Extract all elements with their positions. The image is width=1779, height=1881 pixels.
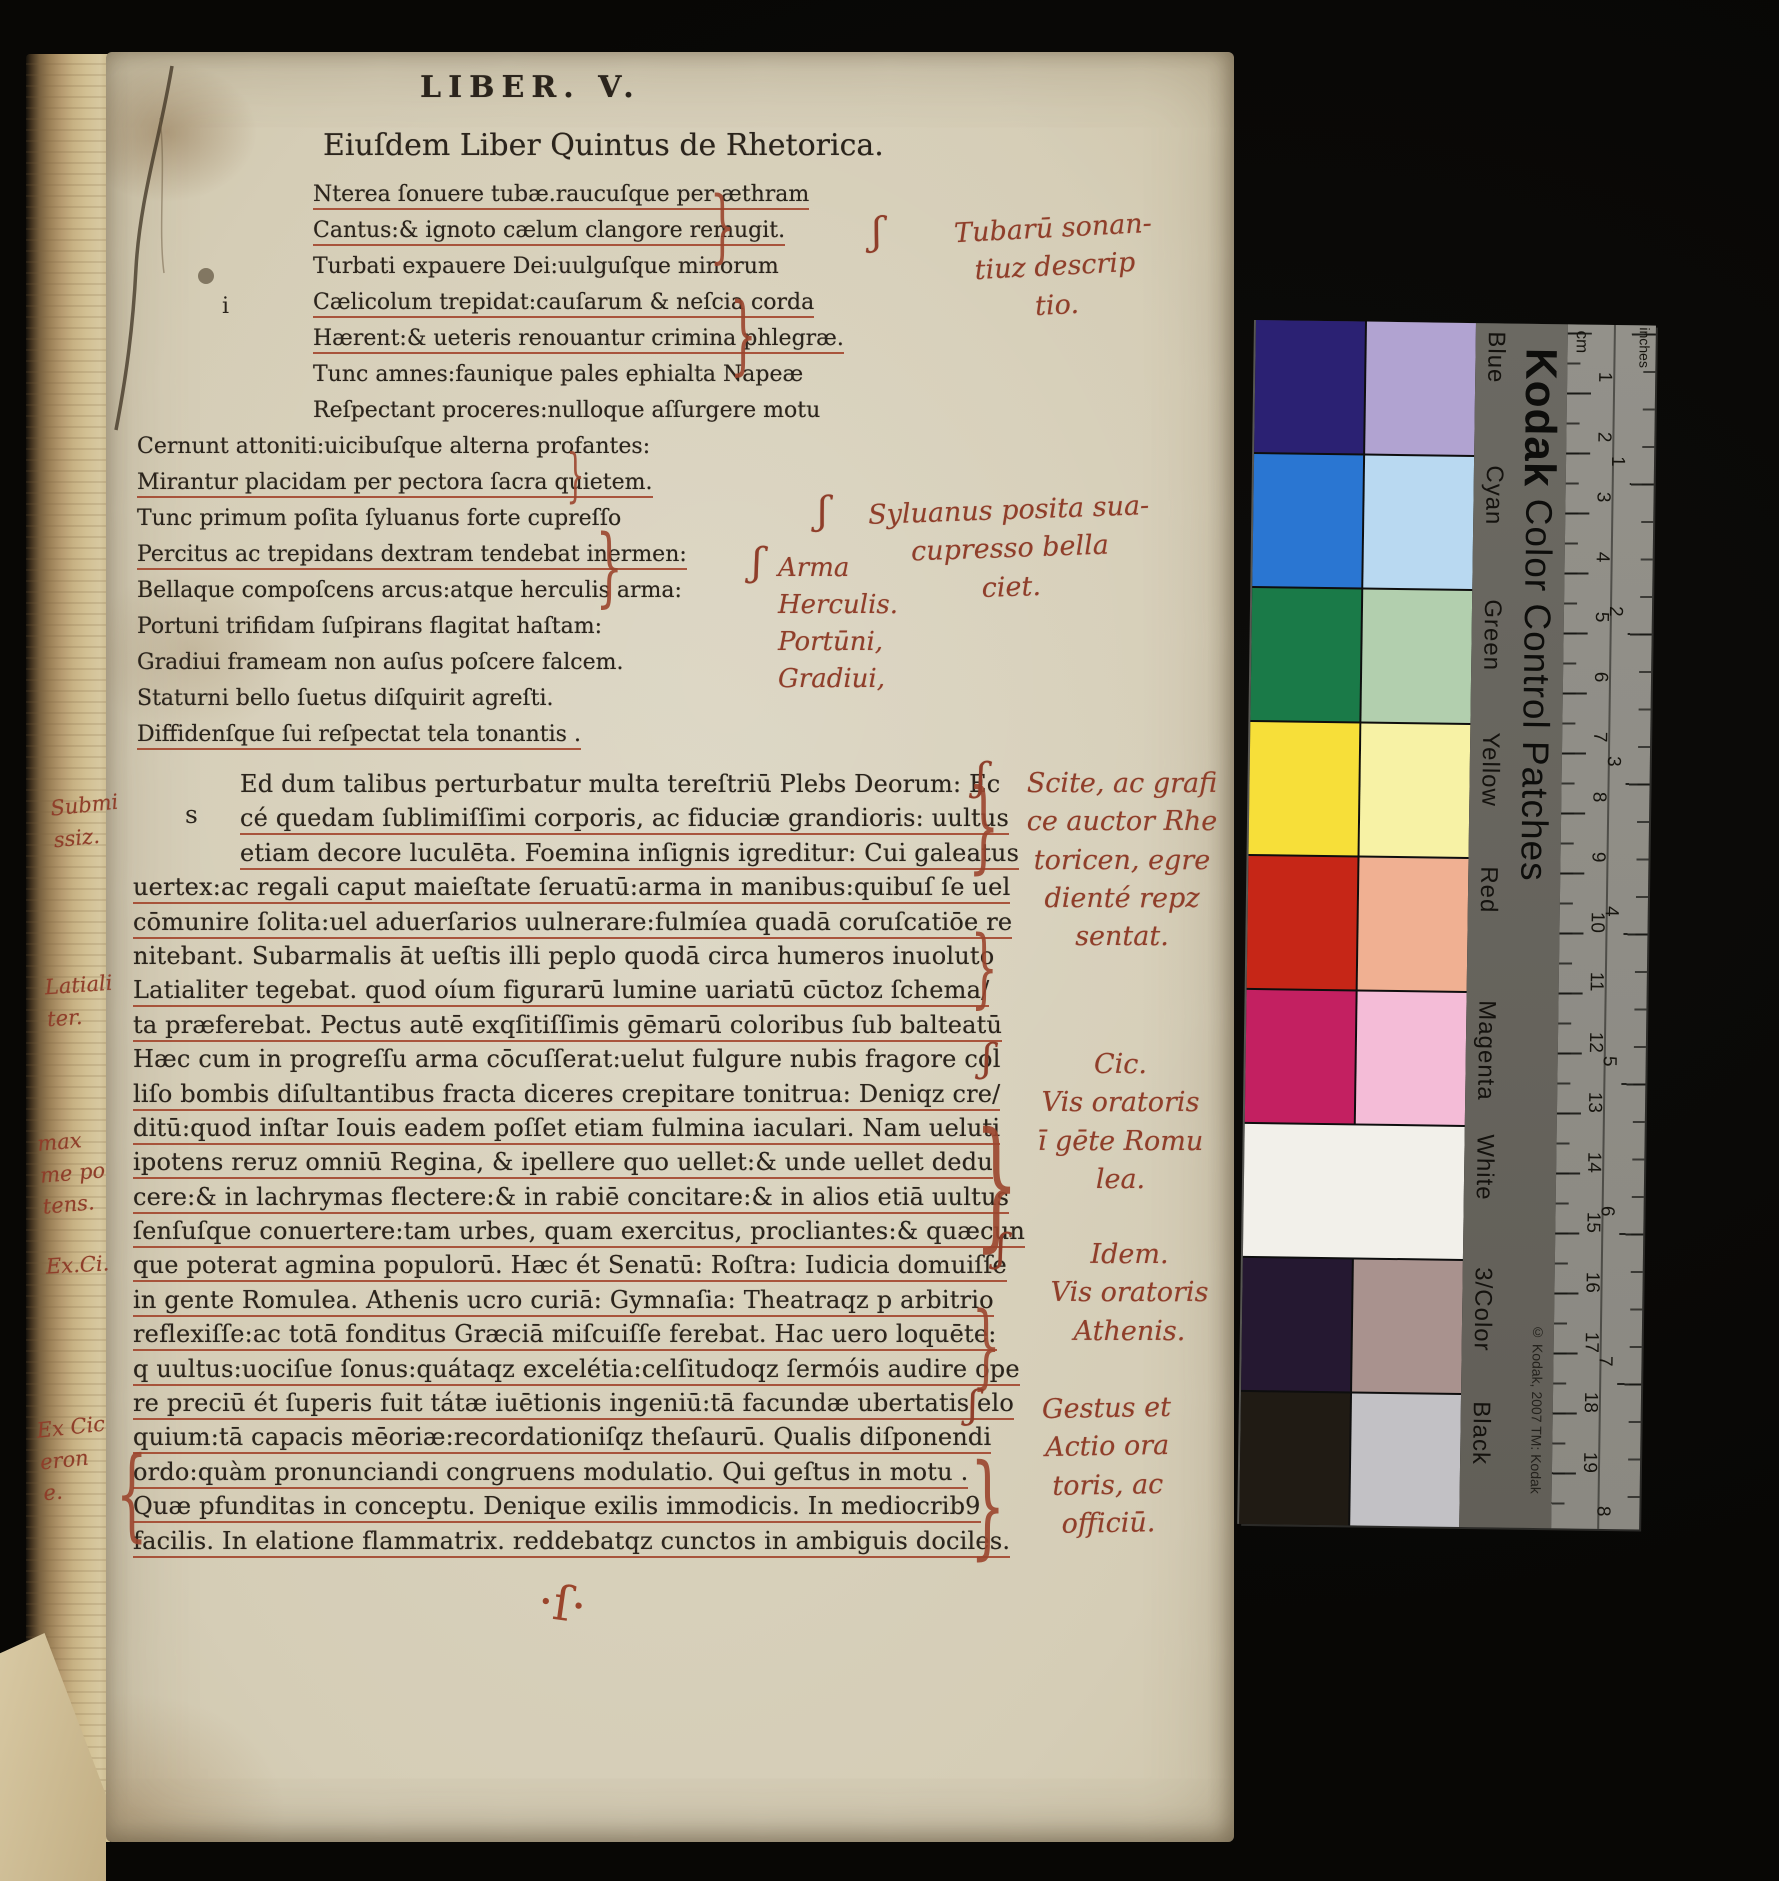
verse-line: Gradiui frameam non auſus poſcere falcem… bbox=[137, 650, 844, 686]
color-swatch-row bbox=[1252, 454, 1474, 591]
verse-line: Cernunt attoniti:uicibuſque alterna prof… bbox=[137, 434, 844, 470]
annotation-line: me po bbox=[39, 1155, 107, 1192]
color-swatch-tint bbox=[1352, 1259, 1463, 1393]
verse-line: Portuni trifidam ſuſpirans flagitat haſt… bbox=[137, 614, 844, 650]
ruler-inch-number: 2 bbox=[1604, 489, 1628, 639]
book-heading: LIBER. V. bbox=[420, 70, 641, 105]
ruler-inch-number: 1 bbox=[1606, 339, 1630, 489]
swatch-label: Black bbox=[1461, 1393, 1495, 1527]
verse-line: Nterea ſonuere tubæ.raucuſque per æthram bbox=[313, 182, 844, 218]
ruler-inch-number: 8 bbox=[1591, 1389, 1615, 1539]
prose-line: etiam decore luculēta. Foemina inſignis … bbox=[240, 839, 1003, 873]
verse-block: Nterea ſonuere tubæ.raucuſque per æthram… bbox=[137, 182, 844, 758]
prose-line: in gente Romulea. Athenis ucro curiā: Gy… bbox=[133, 1286, 1003, 1320]
annotation-line: Ex.Ci. bbox=[45, 1248, 110, 1283]
ruler-inch-number: 5 bbox=[1597, 939, 1621, 1089]
annotation-line: ī gēte Romu bbox=[1008, 1123, 1233, 1161]
color-swatch-tint bbox=[1361, 590, 1472, 724]
annotation-line: lea. bbox=[1008, 1161, 1233, 1199]
annotation-latialiter: Latialiter. bbox=[44, 968, 116, 1036]
annotation-submissi: Submissiz. bbox=[49, 787, 123, 857]
verse-line: Diffidenſque ſui reſpectat tela tonantis… bbox=[137, 722, 844, 758]
ink-check-mark: ʃ bbox=[982, 1032, 992, 1086]
annotation-line: Herculis. bbox=[778, 587, 948, 624]
prose-line: Ed dum talibus perturbatur multa tereſtr… bbox=[240, 770, 1003, 804]
prose-block: Ed dum talibus perturbatur multa tereſtr… bbox=[133, 770, 1003, 1561]
red-brace-mark: } bbox=[566, 446, 584, 504]
red-brace-mark: } bbox=[596, 524, 623, 610]
annotation-line: Arma bbox=[778, 550, 948, 587]
annotation-arma: ʃ ArmaHerculis.Portūni,Gradiui, bbox=[778, 550, 948, 698]
swatch-label: Green bbox=[1472, 591, 1506, 725]
annotation-line: Actio ora bbox=[994, 1426, 1220, 1468]
prose-line: q uultus:uociſue ſonus:quátaqz excelétia… bbox=[133, 1355, 1003, 1389]
prose-line: Latialiter tegebat. quod oíum figurarū l… bbox=[133, 976, 1003, 1010]
swatch-label: 3/Color bbox=[1463, 1259, 1497, 1393]
verse-line: Percitus ac trepidans dextram tendebat i… bbox=[137, 542, 844, 578]
prose-line: quium:tā capacis mēoriæ:recordationiſqz … bbox=[133, 1423, 1003, 1457]
prose-line: facilis. In elatione flammatrix. reddeba… bbox=[133, 1527, 1003, 1561]
annotation-line: Athenis. bbox=[1022, 1313, 1237, 1351]
ruler-inch-number: 4 bbox=[1599, 789, 1623, 939]
swatch-label: Magenta bbox=[1467, 992, 1501, 1126]
annotation-line: dienté repz bbox=[1002, 880, 1242, 918]
red-brace-mark: } bbox=[730, 292, 757, 378]
annotation-line: Portūni, bbox=[778, 624, 948, 661]
swatch-label: Red bbox=[1469, 858, 1503, 992]
annotation-ex-cicerone: Ex Cicerone. bbox=[35, 1409, 113, 1510]
annotation-tubarum: ʃ Tubarū sonan-tiuz descriptio. bbox=[897, 202, 1213, 333]
annotation-line: Gestus et bbox=[994, 1388, 1220, 1430]
color-swatch-row bbox=[1239, 1392, 1461, 1527]
verse-line: Bellaque compoſcens arcus:atque herculis… bbox=[137, 578, 844, 614]
annotation-maxime-potens: maxme potens. bbox=[36, 1123, 109, 1223]
prose-line: ſenſuſque conuertere:tam urbes, quam exe… bbox=[133, 1217, 1003, 1251]
book-page-edges bbox=[26, 54, 110, 1842]
color-swatch-saturated bbox=[1254, 320, 1367, 454]
verse-line: Staturni bello ſuetus diſquirit agreſti. bbox=[137, 686, 844, 722]
prose-line: uertex:ac regali caput maieſtate ſeruatū… bbox=[133, 873, 1003, 907]
card-title: Kodak Color Control Patches bbox=[1508, 348, 1565, 882]
color-swatch-saturated bbox=[1247, 856, 1360, 990]
color-swatch-row bbox=[1245, 990, 1467, 1127]
card-ruler: cm inches 12345678910111213141516171819 … bbox=[1551, 324, 1656, 1529]
ruler-inches-label: inches bbox=[1636, 327, 1653, 368]
ink-check-mark: ʃ bbox=[967, 1378, 978, 1432]
prose-line: ditū:quod inſtar Iouis eadem poſſet etia… bbox=[133, 1114, 1003, 1148]
verse-line: Cantus:& ignoto cælum clangore remugit. bbox=[313, 218, 844, 254]
color-swatch-grid bbox=[1239, 320, 1476, 1527]
swatch-label: Cyan bbox=[1474, 457, 1508, 591]
prose-line: Hæc cum in progreſſu arma cōcuſſerat:uel… bbox=[133, 1045, 1003, 1079]
ink-check-mark: ʃ bbox=[976, 751, 986, 805]
color-swatch-tint bbox=[1350, 1393, 1461, 1527]
verse-line: Cælicolum trepidat:cauſarum & neſcia cor… bbox=[313, 290, 844, 326]
card-title-rest: Color Control Patches bbox=[1513, 487, 1560, 882]
prose-line: que poterat agmina populorū. Hæc ét Sena… bbox=[133, 1251, 1003, 1285]
annotation-line: sentat. bbox=[1002, 918, 1242, 956]
color-swatch-saturated bbox=[1250, 588, 1363, 722]
prose-line: nitebant. Subarmalis āt ueſtis illi pepl… bbox=[133, 942, 1003, 976]
color-swatch-saturated bbox=[1252, 454, 1365, 588]
chapter-heading: Eiuſdem Liber Quintus de Rhetorica. bbox=[323, 128, 884, 163]
annotation-line: Idem. bbox=[1022, 1236, 1237, 1274]
color-swatch-saturated bbox=[1239, 1392, 1352, 1526]
ruler-inch-number: 7 bbox=[1593, 1239, 1617, 1389]
color-swatch-tint bbox=[1363, 456, 1474, 590]
card-label-strip: BlueCyanGreenYellowRedMagentaWhite3/Colo… bbox=[1459, 323, 1568, 1528]
color-swatch-row bbox=[1250, 588, 1472, 725]
color-swatch-tint bbox=[1358, 857, 1469, 991]
ruler-inch-number: 3 bbox=[1601, 639, 1625, 789]
verse-line: Tunc primum poſita ſyluanus forte cupreſ… bbox=[137, 506, 844, 542]
ink-check-mark: ʃ bbox=[817, 484, 829, 538]
annotation-line: tens. bbox=[41, 1186, 109, 1223]
ink-check-mark: ʃ bbox=[752, 536, 762, 590]
annotation-line: Latiali bbox=[44, 968, 114, 1004]
annotation-scite: ʃ Scite, ac grafice auctor Rhetoricen, e… bbox=[1002, 765, 1242, 957]
verse-line: Turbati expauere Dei:uulguſque minorum bbox=[313, 254, 844, 290]
annotation-line: Vis oratoris bbox=[1022, 1274, 1237, 1312]
color-swatch-saturated bbox=[1241, 1258, 1354, 1392]
verse-line: Reſpectant proceres:nulloque aſſurgere m… bbox=[313, 398, 844, 434]
color-swatch-row bbox=[1254, 320, 1476, 457]
swatch-label: Blue bbox=[1476, 323, 1510, 457]
annotation-line: officiū. bbox=[996, 1503, 1222, 1545]
prose-line: re preciū ét ſuperis fuit tátæ iuētionis… bbox=[133, 1389, 1003, 1423]
annotation-line: toris, ac bbox=[995, 1465, 1221, 1507]
ruler-cm-label: cm bbox=[1572, 330, 1592, 353]
annotation-ex-cicerone-short: Ex.Ci. bbox=[45, 1248, 110, 1283]
swatch-label: White bbox=[1465, 1126, 1499, 1260]
color-swatch-row bbox=[1241, 1258, 1463, 1395]
color-swatch-saturated bbox=[1243, 1124, 1465, 1259]
color-swatch-row bbox=[1243, 1124, 1465, 1261]
annotation-line: ter. bbox=[46, 999, 116, 1035]
color-swatch-tint bbox=[1356, 991, 1467, 1125]
prose-line: cere:& in lachrymas flectere:& in rabiē … bbox=[133, 1183, 1003, 1217]
prose-line: cōmunire ſolita:uel aduerſarios uulnerar… bbox=[133, 908, 1003, 942]
color-swatch-tint bbox=[1360, 724, 1471, 858]
red-brace-mark: } bbox=[710, 186, 735, 266]
swatch-label: Yellow bbox=[1471, 724, 1505, 858]
red-brace-mark: } bbox=[971, 925, 998, 1011]
annotation-idem: ʃ Idem.Vis oratorisAthenis. bbox=[1022, 1236, 1237, 1351]
annotation-line: toricen, egre bbox=[1002, 842, 1242, 880]
verse-line: Mirantur placidam per pectora ſacra quie… bbox=[137, 470, 844, 506]
color-swatch-row bbox=[1247, 856, 1469, 993]
verse-line: Tunc amnes:faunique pales ephialta Napeæ bbox=[313, 362, 844, 398]
color-swatch-tint bbox=[1365, 322, 1476, 456]
prose-line: ta præferebat. Pectus autē exqſitiſſimis… bbox=[133, 1011, 1003, 1045]
annotation-line: Vis oratoris bbox=[1008, 1084, 1233, 1122]
verse-line: Hærent:& ueteris renouantur crimina phle… bbox=[313, 326, 844, 362]
color-swatch-row bbox=[1249, 722, 1471, 859]
annotation-line: ce auctor Rhe bbox=[1002, 803, 1242, 841]
prose-line: ipotens reruz omniū Regina, & ipellere q… bbox=[133, 1148, 1003, 1182]
guide-letter-s: s bbox=[185, 800, 198, 829]
prose-line: cé quedam ſublimiſſimi corporis, ac fidu… bbox=[240, 804, 1003, 838]
card-copyright: © Kodak, 2007 TM: Kodak bbox=[1528, 1324, 1546, 1494]
ruler-inch-number: 6 bbox=[1595, 1089, 1619, 1239]
ink-check-mark: ʃ bbox=[996, 1222, 1006, 1276]
kodak-brand: Kodak bbox=[1515, 348, 1566, 488]
annotation-line: Cic. bbox=[1008, 1046, 1233, 1084]
chapter-end-flourish: ·ſ· bbox=[534, 1573, 590, 1635]
prose-line: ordo:quàm pronunciandi congruens modulat… bbox=[133, 1458, 1003, 1492]
annotation-line: Gradiui, bbox=[778, 661, 948, 698]
kodak-color-control-card: BlueCyanGreenYellowRedMagentaWhite3/Colo… bbox=[1239, 320, 1656, 1529]
color-swatch-saturated bbox=[1249, 722, 1362, 856]
color-swatch-saturated bbox=[1245, 990, 1358, 1124]
prose-line: liſo bombis diſultantibus fracta diceres… bbox=[133, 1080, 1003, 1114]
red-open-brace-mark: { bbox=[116, 1444, 148, 1544]
photographed-book-scene: LIBER. V. Eiuſdem Liber Quintus de Rheto… bbox=[0, 0, 1779, 1881]
prose-line: reflexiſſe:ac totā fonditus Græciā miſcu… bbox=[133, 1320, 1003, 1354]
annotation-line: Scite, ac grafi bbox=[1002, 765, 1242, 803]
annotation-gestus: ʃ Gestus etActio oratoris, acofficiū. bbox=[994, 1388, 1222, 1545]
prose-line: Quæ pfunditas in conceptu. Denique exili… bbox=[133, 1492, 1003, 1526]
annotation-cicero: ʃ Cic.Vis oratorisī gēte Romulea. bbox=[1008, 1046, 1233, 1199]
guide-letter-i: i bbox=[222, 294, 229, 319]
